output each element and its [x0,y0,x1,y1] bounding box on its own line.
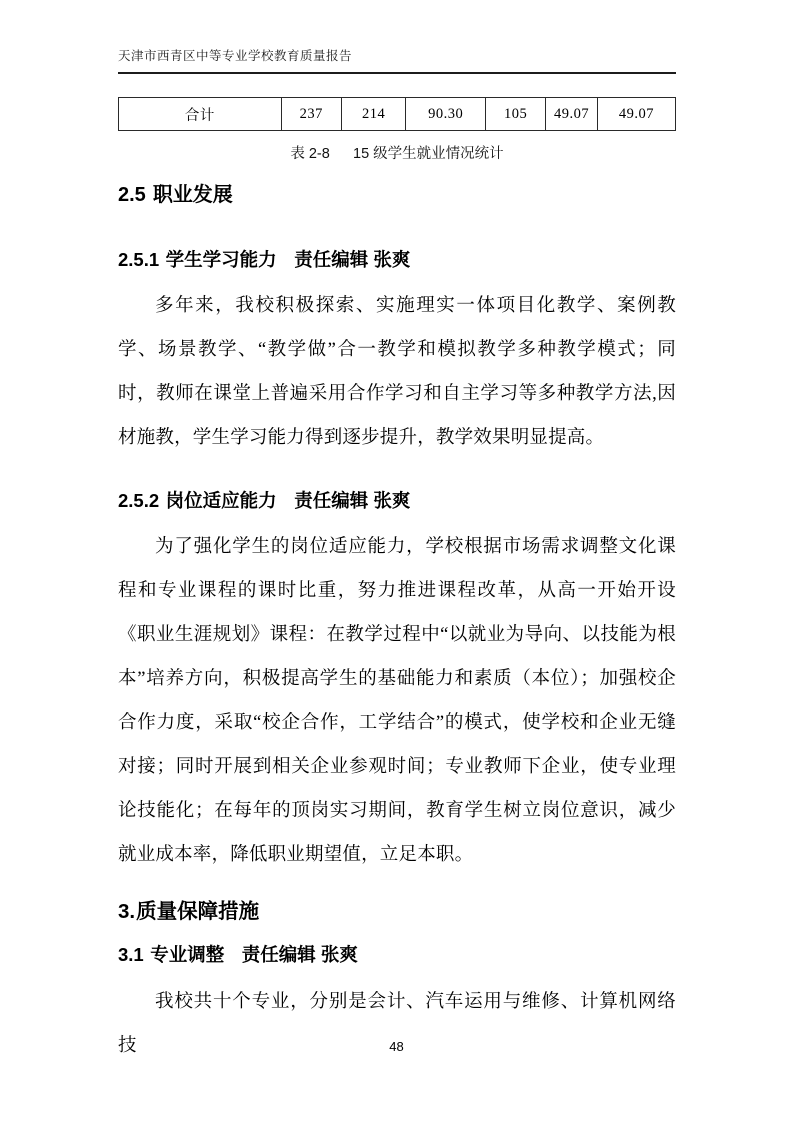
table-cell-value-4: 105 [486,98,546,131]
table-cell-value-5: 49.07 [546,98,598,131]
section-title: 岗位适应能力 [166,490,277,511]
section-number: 2.5.2 [118,490,159,511]
table-row: 合计 237 214 90.30 105 49.07 49.07 [119,98,676,131]
table-cell-value-3: 90.30 [406,98,486,131]
employment-summary-table: 合计 237 214 90.30 105 49.07 49.07 [118,97,676,131]
document-page: 天津市西青区中等专业学校教育质量报告 合计 237 214 90.30 105 … [0,0,793,1122]
section-3-heading: 3.质量保障措施 [118,894,676,924]
section-2-5-1-heading: 2.5.1学生学习能力责任编辑 张爽 [118,246,676,272]
table-caption-label: 表 2-8 [290,146,330,162]
paragraph-job-adaptability: 为了强化学生的岗位适应能力，学校根据市场需求调整文化课程和专业课程的课时比重，努… [118,525,676,877]
section-title: 学生学习能力 [166,249,277,270]
section-editor: 责任编辑 张爽 [294,249,410,270]
page-number: 48 [0,1039,793,1054]
page-header: 天津市西青区中等专业学校教育质量报告 [118,0,676,74]
section-number: 3. [118,900,135,923]
section-title: 职业发展 [153,184,233,206]
section-editor: 责任编辑 张爽 [294,490,410,511]
section-editor: 责任编辑 张爽 [242,944,358,965]
section-3-1-heading: 3.1专业调整责任编辑 张爽 [118,941,676,967]
table-cell-value-1: 237 [281,98,341,131]
table-cell-total-label: 合计 [119,98,282,131]
section-title: 质量保障措施 [136,900,259,923]
paragraph-learning-ability: 多年来，我校积极探索、实施理实一体项目化教学、案例教学、场景教学、“教学做”合一… [118,284,676,460]
section-2-5-heading: 2.5职业发展 [118,178,676,207]
table-cell-value-2: 214 [341,98,406,131]
section-2-5-2-heading: 2.5.2岗位适应能力责任编辑 张爽 [118,487,676,513]
section-number: 3.1 [118,944,144,965]
section-title: 专业调整 [150,944,224,965]
header-title: 天津市西青区中等专业学校教育质量报告 [118,49,352,63]
table-caption-text: 15 级学生就业情况统计 [353,146,504,162]
section-number: 2.5 [118,184,146,206]
table-caption: 表 2-815 级学生就业情况统计 [118,142,676,163]
paragraph-majors: 我校共十个专业，分别是会计、汽车运用与维修、计算机网络技 [118,980,676,1068]
table-cell-value-6: 49.07 [597,98,675,131]
section-number: 2.5.1 [118,249,159,270]
